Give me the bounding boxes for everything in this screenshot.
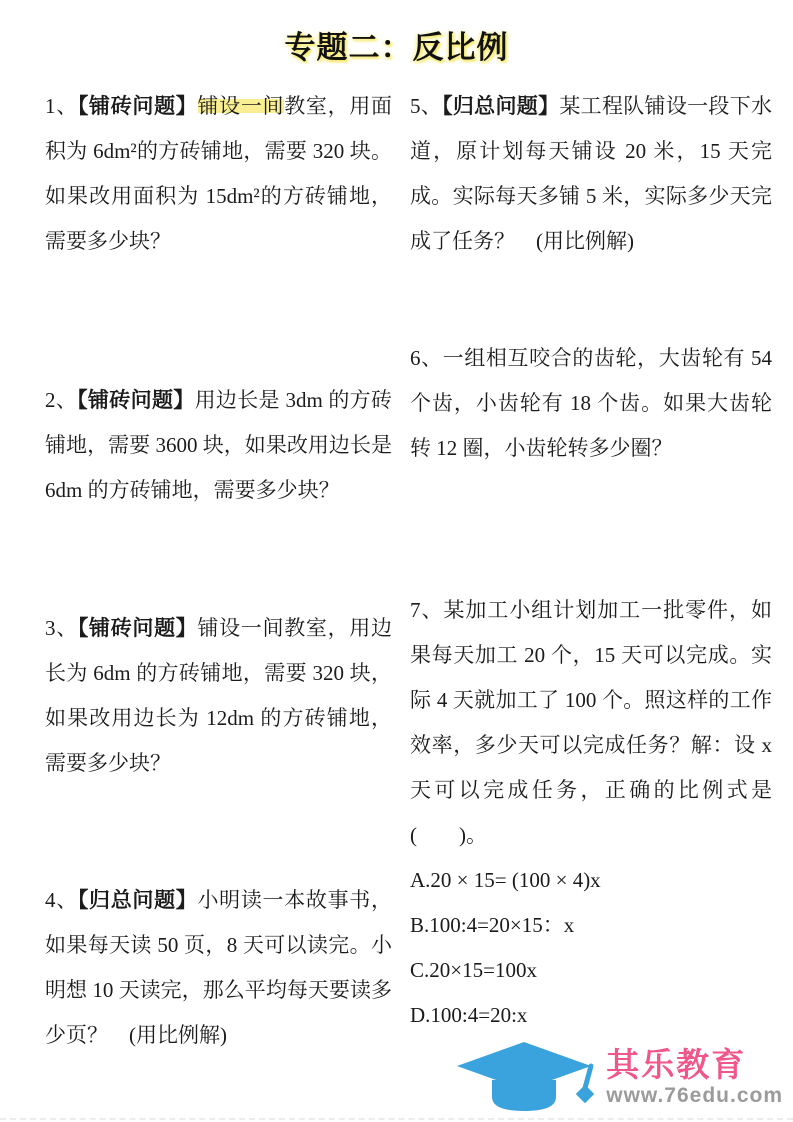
problem-3: 3、【铺砖问题】铺设一间教室，用边长为 6dm 的方砖铺地，需要 320 块，如…	[45, 606, 392, 786]
graduation-cap-icon	[454, 1040, 596, 1114]
worksheet-page: 专题二：反比例 1、【铺砖问题】铺设一间教室，用面积为 6dm²的方砖铺地，需要…	[0, 0, 793, 1122]
right-column: 5、【归总问题】某工程队铺设一段下水道，原计划每天铺设 20 米，15 天完成。…	[410, 0, 772, 1122]
problem-tag: 【铺砖问题】	[78, 616, 198, 640]
brand-text-block: 其乐教育 www.76edu.com	[606, 1046, 783, 1107]
option-D: D.100:4=20:x	[410, 993, 772, 1038]
problem-tag: 【铺砖问题】	[77, 388, 194, 412]
left-column: 1、【铺砖问题】铺设一间教室，用面积为 6dm²的方砖铺地，需要 320 块。如…	[45, 0, 392, 1122]
problem-5: 5、【归总问题】某工程队铺设一段下水道，原计划每天铺设 20 米，15 天完成。…	[410, 84, 772, 264]
problem-number: 6、	[410, 346, 443, 370]
option-C: C.20×15=100x	[410, 948, 772, 993]
problem-7: 7、某加工小组计划加工一批零件，如果每天加工 20 个，15 天可以完成。实际 …	[410, 588, 772, 1038]
problem-4: 4、【归总问题】小明读一本故事书，如果每天读 50 页，8 天可以读完。小明想 …	[45, 878, 392, 1058]
option-A: A.20 × 15= (100 × 4)x	[410, 858, 772, 903]
problem-2: 2、【铺砖问题】用边长是 3dm 的方砖铺地，需要 3600 块，如果改用边长是…	[45, 378, 392, 513]
problem-number: 2、	[45, 388, 77, 412]
brand-name: 其乐教育	[606, 1046, 746, 1084]
problem-number: 5、	[410, 94, 442, 118]
problem-text: 一组相互咬合的齿轮，大齿轮有 54 个齿，小齿轮有 18 个齿。如果大齿轮转 1…	[410, 346, 772, 460]
problem-text: 某加工小组计划加工一批零件，如果每天加工 20 个，15 天可以完成。实际 4 …	[410, 598, 772, 847]
highlighted-text: 铺设一间	[198, 94, 285, 118]
problem-tag: 【铺砖问题】	[78, 94, 198, 118]
problem-6: 6、一组相互咬合的齿轮，大齿轮有 54 个齿，小齿轮有 18 个齿。如果大齿轮转…	[410, 336, 772, 471]
page-bottom-divider	[0, 1118, 793, 1120]
brand-logo: 其乐教育 www.76edu.com	[454, 1040, 783, 1114]
option-B: B.100:4=20×15：x	[410, 903, 772, 948]
brand-url: www.76edu.com	[606, 1084, 783, 1107]
problem-number: 1、	[45, 94, 78, 118]
problem-tag: 【归总问题】	[442, 94, 559, 118]
problem-number: 3、	[45, 616, 78, 640]
problem-number: 7、	[410, 598, 443, 622]
problem-1: 1、【铺砖问题】铺设一间教室，用面积为 6dm²的方砖铺地，需要 320 块。如…	[45, 84, 392, 264]
problem-number: 4、	[45, 888, 78, 912]
problem-tag: 【归总问题】	[78, 888, 198, 912]
